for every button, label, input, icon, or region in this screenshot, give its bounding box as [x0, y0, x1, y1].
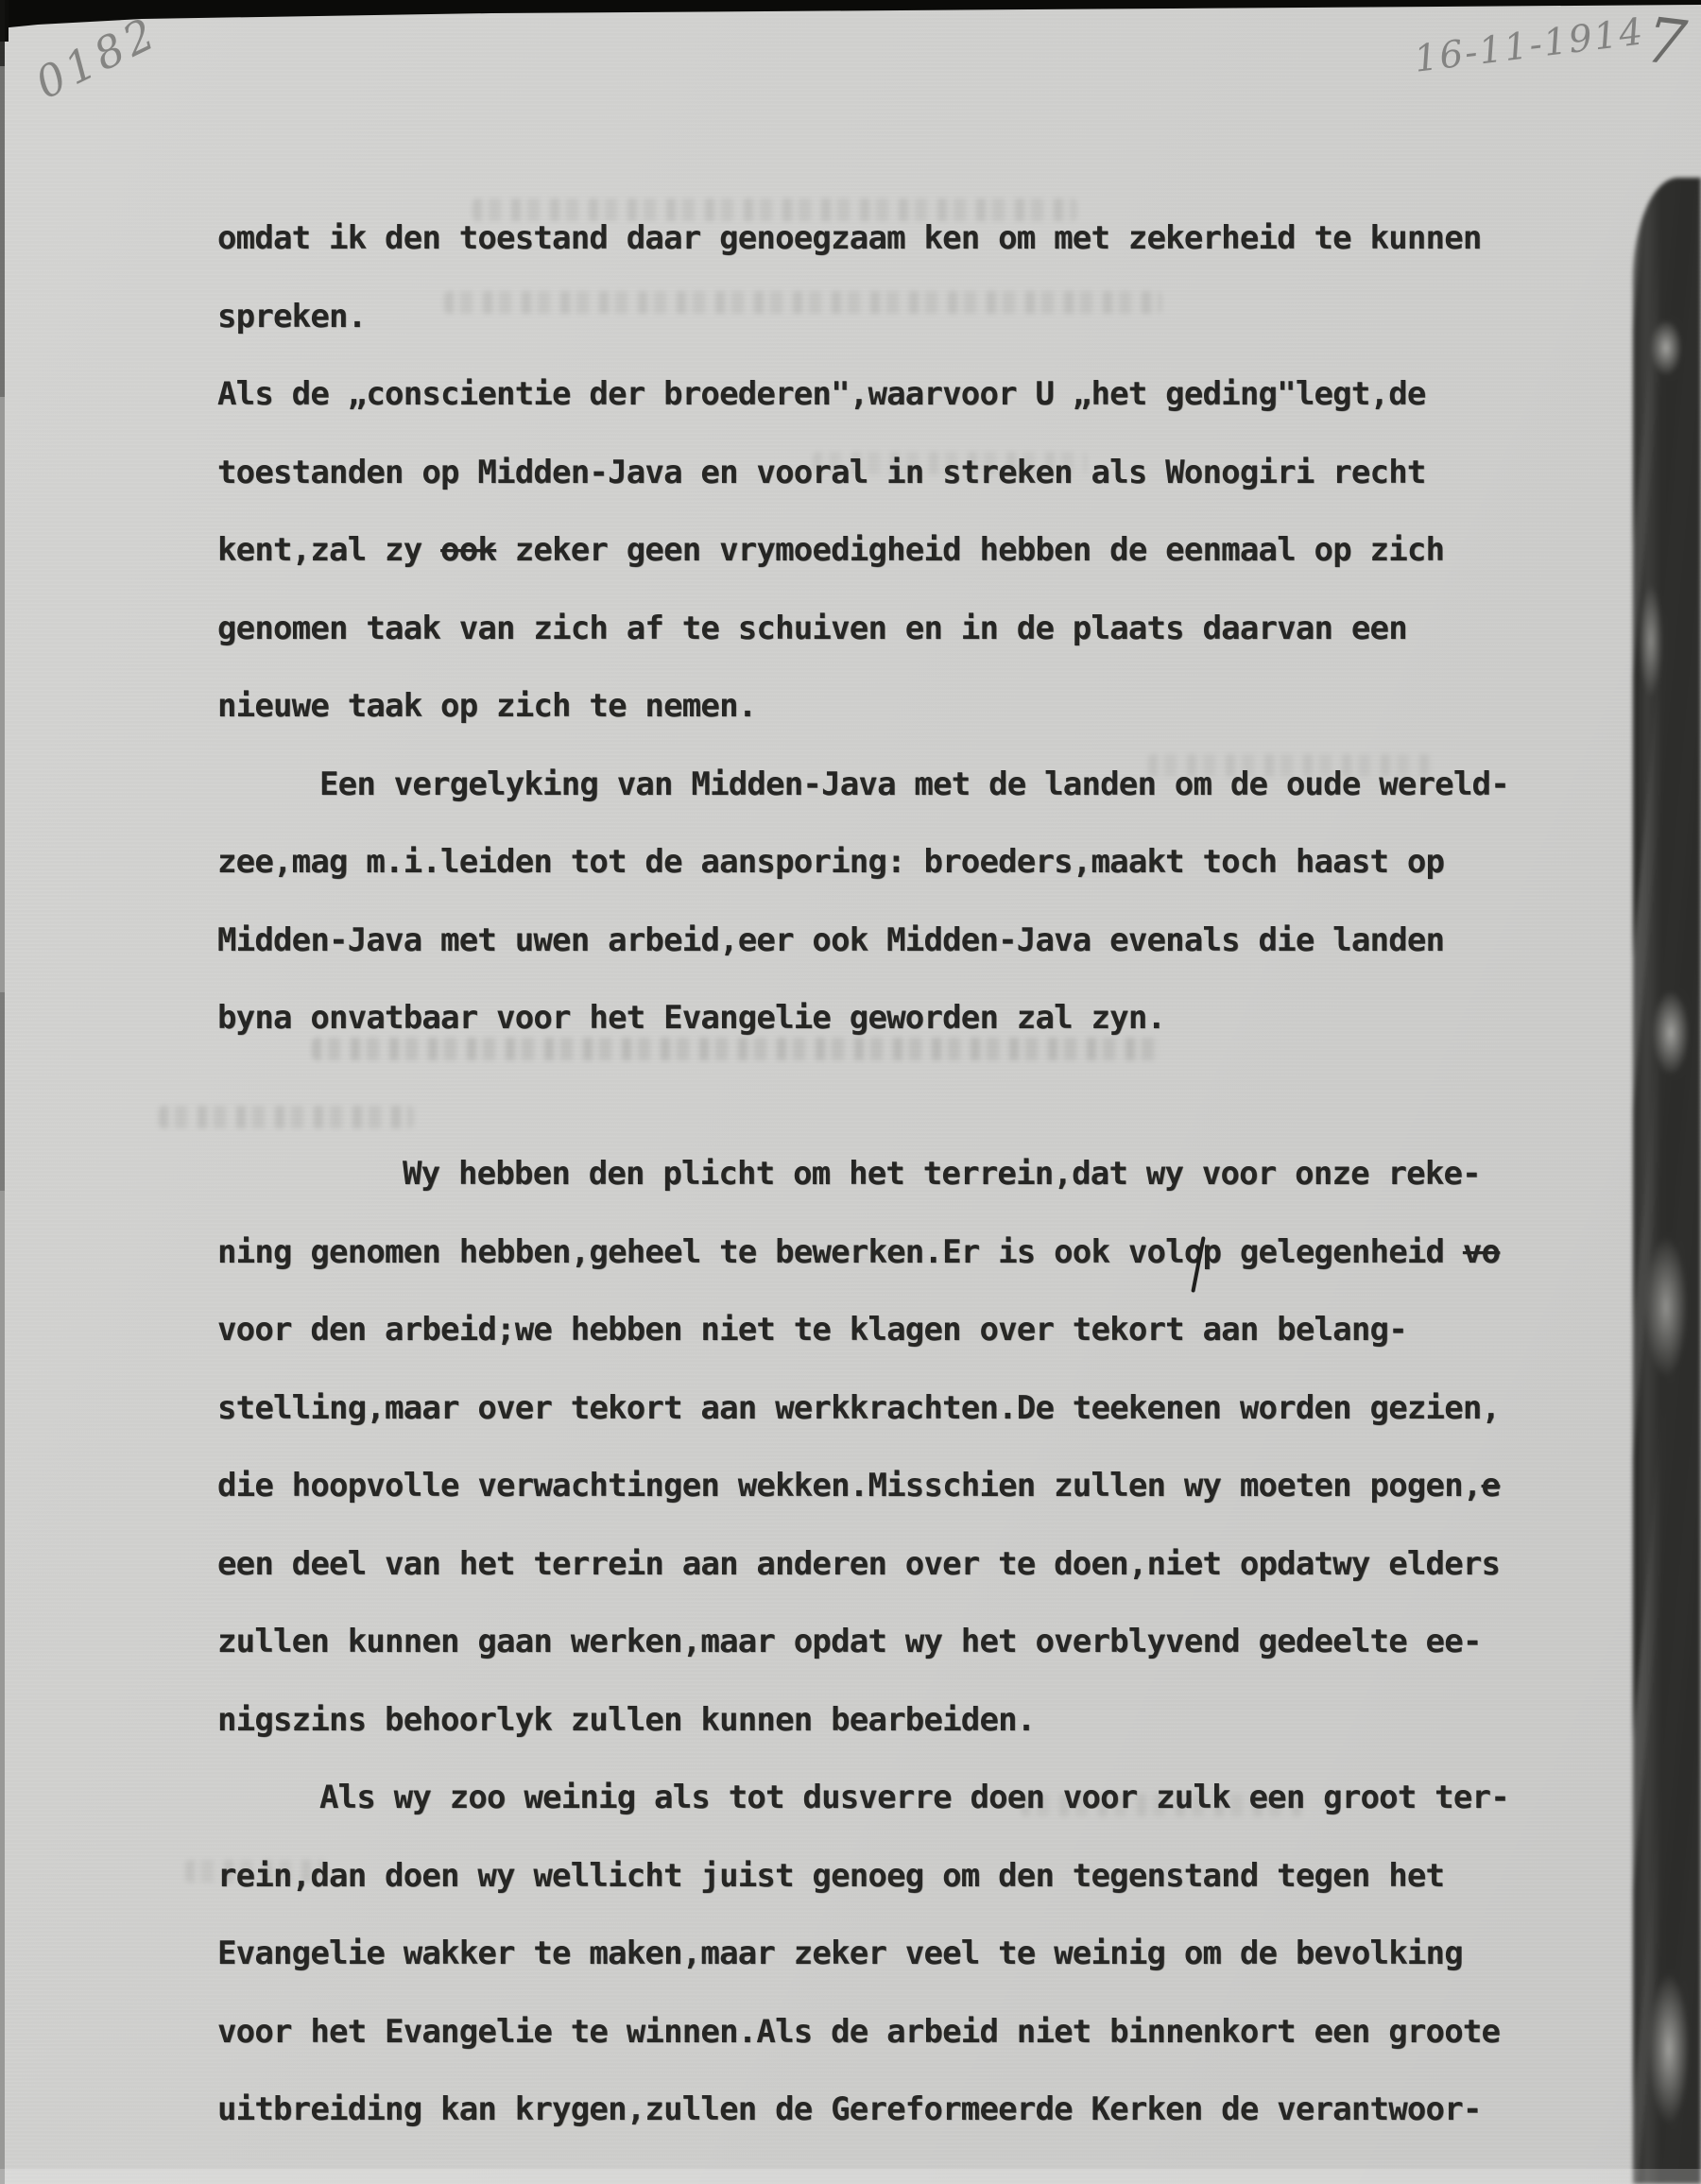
- handwritten-date: 16-11-1914: [1412, 10, 1647, 81]
- typed-text-block: omdat ik den toestand daar genoegzaam ke…: [217, 217, 1559, 2167]
- typed-line: een deel van het terrein aan anderen ove…: [217, 1543, 1559, 1622]
- typed-text: die hoopvolle verwachtingen wekken.Missc…: [217, 1467, 1482, 1505]
- typed-text: een deel van het terrein aan anderen ove…: [217, 1545, 1500, 1583]
- typed-text: zullen kunnen gaan werken,maar opdat wy …: [217, 1623, 1482, 1660]
- struck-text: e: [1482, 1467, 1501, 1505]
- typed-line: kent,zal zy ook zeker geen vrymoedigheid…: [217, 529, 1559, 608]
- typed-text: genomen taak van zich af te schuiven en …: [217, 610, 1407, 647]
- struck-text: vo: [1463, 1233, 1500, 1271]
- typed-line: Evangelie wakker te maken,maar zeker vee…: [217, 1933, 1559, 2011]
- typed-text: Als de „conscientie der broederen",waarv…: [217, 375, 1426, 413]
- scanned-page: 0182 16-11-1914 7 omdat ik den toestand …: [0, 0, 1701, 2184]
- typed-line: stelling,maar over tekort aan werkkracht…: [217, 1387, 1559, 1466]
- typed-text: voor den arbeid;we hebben niet te klagen…: [217, 1311, 1407, 1349]
- struck-text: ook: [440, 531, 496, 569]
- burn-edge-light-patch: [1652, 990, 1690, 1075]
- typed-text: voor het Evangelie te winnen.Als de arbe…: [217, 2013, 1500, 2051]
- typed-line: Midden-Java met uwen arbeid,eer ook Midd…: [217, 920, 1559, 998]
- typed-text: byna onvatbaar voor het Evangelie geword…: [217, 999, 1165, 1037]
- typed-text: zeker geen vrymoedigheid hebben de eenma…: [496, 531, 1444, 569]
- typed-line: toestanden op Midden-Java en vooral in s…: [217, 452, 1559, 530]
- typed-line: zullen kunnen gaan werken,maar opdat wy …: [217, 1621, 1559, 1699]
- blank-line: [217, 1075, 1559, 1154]
- typed-line: Een vergelyking van Midden-Java met de l…: [217, 764, 1559, 842]
- typed-text: stelling,maar over tekort aan werkkracht…: [217, 1389, 1500, 1427]
- typed-line: voor het Evangelie te winnen.Als de arbe…: [217, 2011, 1559, 2089]
- typed-text: Een vergelyking van Midden-Java met de l…: [319, 765, 1509, 803]
- page-left-edge: [0, 0, 5, 2184]
- typed-text: nigszins behoorlyk zullen kunnen bearbei…: [217, 1701, 1035, 1739]
- typed-text: Als wy zoo weinig als tot dusverre doen …: [319, 1779, 1509, 1816]
- typed-line: byna onvatbaar voor het Evangelie geword…: [217, 997, 1559, 1075]
- scanner-edge-bar: [0, 0, 1701, 28]
- burn-edge-light-patch: [1648, 1973, 1690, 2124]
- typed-text: Evangelie wakker te maken,maar zeker vee…: [217, 1935, 1463, 1972]
- typed-text: rein,dan doen wy wellicht juist genoeg o…: [217, 1857, 1444, 1895]
- typed-text: zee,mag m.i.leiden tot de aansporing: br…: [217, 843, 1444, 881]
- typed-text: omdat ik den toestand daar genoegzaam ke…: [217, 219, 1482, 257]
- burn-edge-light-patch: [1639, 584, 1663, 697]
- typed-line: Als de „conscientie der broederen",waarv…: [217, 373, 1559, 452]
- handwritten-page-number: 7: [1641, 4, 1690, 81]
- burn-edge-light-patch: [1650, 319, 1682, 376]
- typed-line: zee,mag m.i.leiden tot de aansporing: br…: [217, 841, 1559, 920]
- book-gutter-burn-edge: [1633, 178, 1701, 2184]
- typed-text: Midden-Java met uwen arbeid,eer ook Midd…: [217, 921, 1444, 959]
- typed-text: spreken.: [217, 298, 366, 335]
- typed-line: nigszins behoorlyk zullen kunnen bearbei…: [217, 1699, 1559, 1778]
- burn-edge-light-patch: [1644, 1236, 1688, 1378]
- typed-text: uitbreiding kan krygen,zullen de Gerefor…: [217, 2090, 1482, 2128]
- typed-line: spreken.: [217, 296, 1559, 374]
- typed-text: Wy hebben den plicht om het terrein,dat …: [403, 1155, 1481, 1193]
- typed-text: kent,zal zy: [217, 531, 440, 569]
- typed-line: rein,dan doen wy wellicht juist genoeg o…: [217, 1855, 1559, 1934]
- typed-line: die hoopvolle verwachtingen wekken.Missc…: [217, 1465, 1559, 1543]
- typed-text: toestanden op Midden-Java en vooral in s…: [217, 454, 1426, 491]
- typed-line: ning genomen hebben,geheel te bewerken.E…: [217, 1231, 1559, 1310]
- burn-edge-texture: [1633, 178, 1701, 2184]
- typed-text: ning genomen hebben,geheel te bewerken.E…: [217, 1233, 1463, 1271]
- typed-line: omdat ik den toestand daar genoegzaam ke…: [217, 217, 1559, 296]
- typed-line: genomen taak van zich af te schuiven en …: [217, 608, 1559, 686]
- typed-line: Als wy zoo weinig als tot dusverre doen …: [217, 1777, 1559, 1855]
- typed-line: Wy hebben den plicht om het terrein,dat …: [217, 1153, 1559, 1231]
- typed-line: nieuwe taak op zich te nemen.: [217, 685, 1559, 764]
- typed-line: voor den arbeid;we hebben niet te klagen…: [217, 1309, 1559, 1387]
- typed-line: uitbreiding kan krygen,zullen de Gerefor…: [217, 2089, 1559, 2167]
- typed-text: nieuwe taak op zich te nemen.: [217, 687, 756, 725]
- page-bottom-edge: [0, 2169, 1701, 2184]
